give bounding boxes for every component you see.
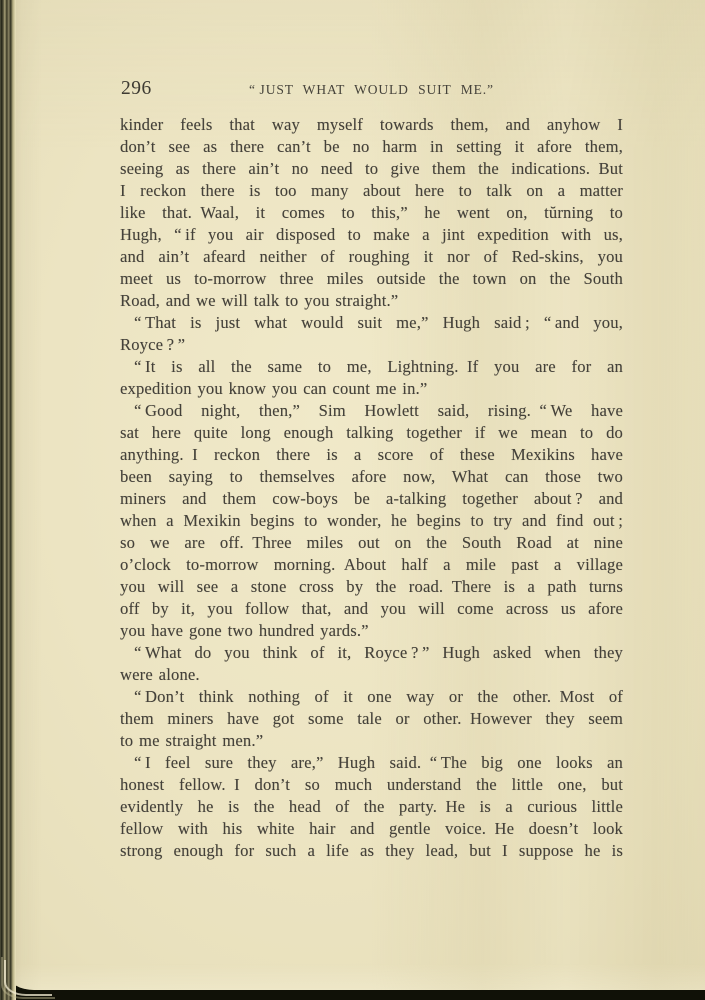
text-line: when a Mexikin begins to wonder, he begi… — [120, 510, 623, 532]
text-line: you have gone two hundred yards.” — [120, 620, 623, 642]
text-line: “ It is all the same to me, Lightning. I… — [120, 356, 623, 378]
text-line: so we are off. Three miles out on the So… — [120, 532, 623, 554]
page-header: 296 “ JUST WHAT WOULD SUIT ME.” — [120, 78, 623, 100]
text-line: “ Good night, then,” Sim Howlett said, r… — [120, 400, 623, 422]
text-line: “ I feel sure they are,” Hugh said. “ Th… — [120, 752, 623, 774]
text-line: Royce ? ” — [120, 334, 623, 356]
book-binding-edge — [0, 0, 16, 1000]
text-line: Road, and we will talk to you straight.” — [120, 290, 623, 312]
text-line: “ What do you think of it, Royce ? ” Hug… — [120, 642, 623, 664]
text-line: you will see a stone cross by the road. … — [120, 576, 623, 598]
text-line: and ain’t afeard neither of roughing it … — [120, 246, 623, 268]
running-title: “ JUST WHAT WOULD SUIT ME.” — [120, 78, 623, 98]
text-line: “ Don’t think nothing of it one way or t… — [120, 686, 623, 708]
text-line: anything. I reckon there is a score of t… — [120, 444, 623, 466]
text-line: I reckon there is too many about here to… — [120, 180, 623, 202]
text-line: like that. Waal, it comes to this,” he w… — [120, 202, 623, 224]
text-line: fellow with his white hair and gentle vo… — [120, 818, 623, 840]
text-line: evidently he is the head of the party. H… — [120, 796, 623, 818]
text-line: miners and them cow-boys be a-talking to… — [120, 488, 623, 510]
text-line: strong enough for such a life as they le… — [120, 840, 623, 862]
text-line: been saying to themselves afore now, Wha… — [120, 466, 623, 488]
text-line: “ That is just what would suit me,” Hugh… — [120, 312, 623, 334]
text-line: Hugh, “ if you air disposed to make a ji… — [120, 224, 623, 246]
text-line: were alone. — [120, 664, 623, 686]
text-block: kinder feels that way myself towards the… — [120, 114, 623, 862]
text-line: don’t see as there can’t be no harm in s… — [120, 136, 623, 158]
text-line: meet us to-morrow three miles outside th… — [120, 268, 623, 290]
text-line: expedition you know you can count me in.… — [120, 378, 623, 400]
page-number: 296 — [121, 78, 152, 100]
text-line: to me straight men.” — [120, 730, 623, 752]
text-line: seeing as there ain’t no need to give th… — [120, 158, 623, 180]
book-page: 296 “ JUST WHAT WOULD SUIT ME.” kinder f… — [8, 0, 705, 990]
text-line: off by it, you follow that, and you will… — [120, 598, 623, 620]
text-line: honest fellow. I don’t so much understan… — [120, 774, 623, 796]
text-line: them miners have got some tale or other.… — [120, 708, 623, 730]
text-line: kinder feels that way myself towards the… — [120, 114, 623, 136]
text-line: o’clock to-morrow morning. About half a … — [120, 554, 623, 576]
text-line: sat here quite long enough talking toget… — [120, 422, 623, 444]
